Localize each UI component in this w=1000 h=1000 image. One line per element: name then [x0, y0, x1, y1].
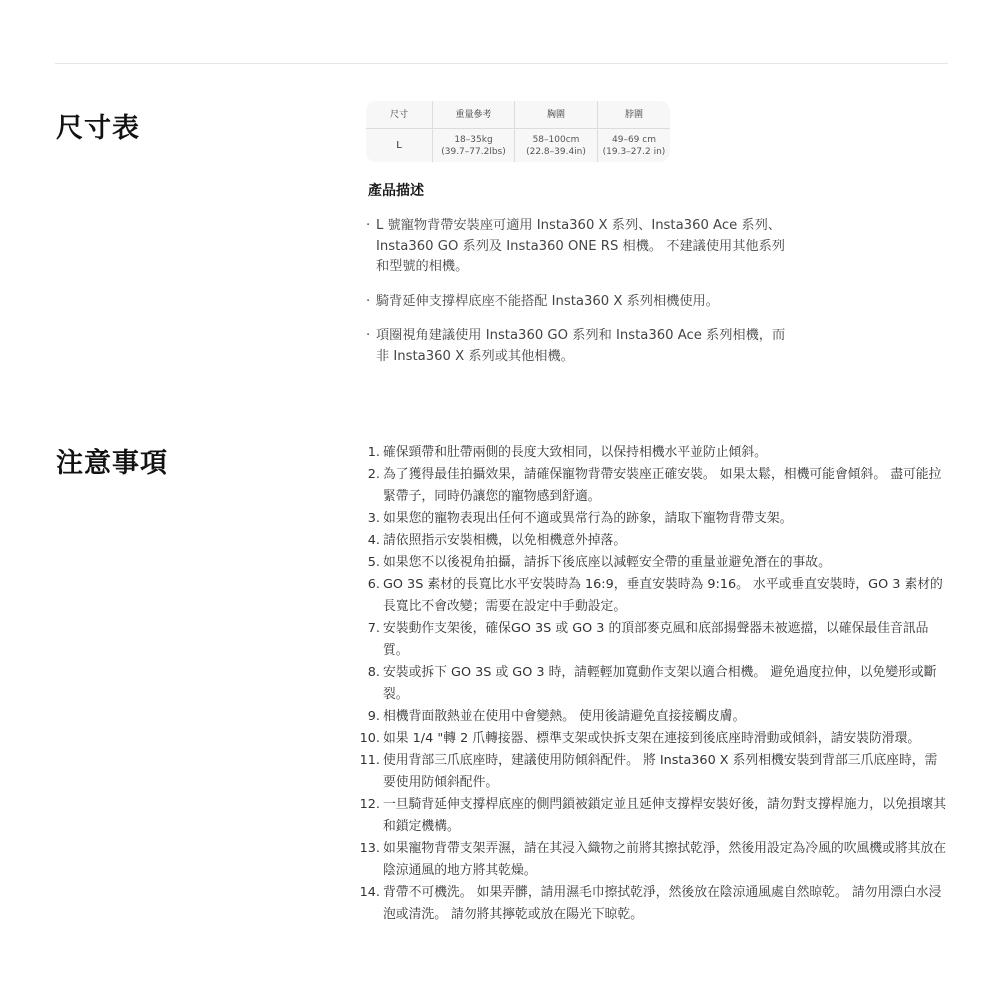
note-number: 12.: [340, 794, 383, 838]
neck-header: 脖圍: [597, 101, 670, 129]
description-title: 產品描述: [368, 180, 424, 200]
note-text: 如果您的寵物表現出任何不適或異常行為的跡象，請取下寵物背帶支架。: [383, 508, 950, 530]
chest-metric: 58–100cm: [533, 134, 580, 146]
note-item: 1.確保頸帶和肚帶兩側的長度大致相同，以保持相機水平並防止傾斜。: [340, 442, 950, 464]
note-item: 7.安裝動作支架後，確保GO 3S 或 GO 3 的頂部麥克風和底部揚聲器未被遮…: [340, 618, 950, 662]
note-text: GO 3S 素材的長寬比水平安裝時為 16:9，垂直安裝時為 9:16。 水平或…: [383, 574, 950, 618]
note-item: 8.安裝或拆下 GO 3S 或 GO 3 時，請輕輕加寬動作支架以適合相機。 避…: [340, 662, 950, 706]
note-item: 14.背帶不可機洗。 如果弄髒，請用濕毛巾擦拭乾淨，然後放在陰涼通風處自然晾乾。…: [340, 882, 950, 926]
note-text: 如果寵物背帶支架弄濕，請在其浸入織物之前將其擦拭乾淨，然後用設定為冷風的吹風機或…: [383, 838, 950, 882]
product-spec-page: 尺寸表 尺寸 重量參考 胸圍 脖圍 L 18–35kg (39.7–77.2lb…: [0, 0, 1000, 1000]
chest-value: 58–100cm (22.8–39.4in): [514, 129, 597, 162]
note-text: 使用背部三爪底座時，建議使用防傾斜配件。 將 Insta360 X 系列相機安裝…: [383, 750, 950, 794]
chest-imperial: (22.8–39.4in): [526, 146, 586, 158]
note-text: 安裝或拆下 GO 3S 或 GO 3 時，請輕輕加寬動作支架以適合相機。 避免過…: [383, 662, 950, 706]
description-text: 騎背延伸支撐桿底座不能搭配 Insta360 X 系列相機使用。: [376, 294, 719, 309]
size-header: 尺寸: [366, 101, 432, 129]
description-list: · L 號寵物背帶安裝座可適用 Insta360 X 系列、Insta360 A…: [366, 216, 786, 381]
note-text: 背帶不可機洗。 如果弄髒，請用濕毛巾擦拭乾淨，然後放在陰涼通風處自然晾乾。 請勿…: [383, 882, 950, 926]
note-item: 11.使用背部三爪底座時，建議使用防傾斜配件。 將 Insta360 X 系列相…: [340, 750, 950, 794]
weight-imperial: (39.7–77.2lbs): [441, 146, 506, 158]
note-text: 如果您不以後視角拍攝，請拆下後底座以減輕安全帶的重量並避免潛在的事故。: [383, 552, 950, 574]
weight-value: 18–35kg (39.7–77.2lbs): [432, 129, 514, 162]
bullet-icon: ·: [366, 326, 370, 347]
note-number: 1.: [340, 442, 383, 464]
notes-list: 1.確保頸帶和肚帶兩側的長度大致相同，以保持相機水平並防止傾斜。 2.為了獲得最…: [340, 442, 950, 926]
size-chart-title: 尺寸表: [56, 106, 140, 145]
note-number: 2.: [340, 464, 383, 508]
top-divider: [55, 63, 948, 64]
note-number: 11.: [340, 750, 383, 794]
note-number: 10.: [340, 728, 383, 750]
neck-imperial: (19.3–27.2 in): [603, 146, 666, 158]
note-item: 6.GO 3S 素材的長寬比水平安裝時為 16:9，垂直安裝時為 9:16。 水…: [340, 574, 950, 618]
description-text: 項圈視角建議使用 Insta360 GO 系列和 Insta360 Ace 系列…: [376, 328, 785, 364]
note-item: 13.如果寵物背帶支架弄濕，請在其浸入織物之前將其擦拭乾淨，然後用設定為冷風的吹…: [340, 838, 950, 882]
description-text: L 號寵物背帶安裝座可適用 Insta360 X 系列、Insta360 Ace…: [376, 218, 785, 274]
note-text: 相機背面散熱並在使用中會變熱。 使用後請避免直接接觸皮膚。: [383, 706, 950, 728]
note-text: 如果 1/4 "轉 2 爪轉接器、標準支架或快拆支架在連接到後底座時滑動或傾斜，…: [383, 728, 950, 750]
note-item: 2.為了獲得最佳拍攝效果，請確保寵物背帶安裝座正確安裝。 如果太鬆，相機可能會傾…: [340, 464, 950, 508]
note-number: 3.: [340, 508, 383, 530]
description-item: · 騎背延伸支撐桿底座不能搭配 Insta360 X 系列相機使用。: [366, 292, 786, 313]
bullet-icon: ·: [366, 292, 370, 313]
note-item: 10.如果 1/4 "轉 2 爪轉接器、標準支架或快拆支架在連接到後底座時滑動或…: [340, 728, 950, 750]
note-item: 5.如果您不以後視角拍攝，請拆下後底座以減輕安全帶的重量並避免潛在的事故。: [340, 552, 950, 574]
chest-header: 胸圍: [514, 101, 597, 129]
weight-header: 重量參考: [432, 101, 514, 129]
description-item: · 項圈視角建議使用 Insta360 GO 系列和 Insta360 Ace …: [366, 326, 786, 367]
note-number: 7.: [340, 618, 383, 662]
note-number: 9.: [340, 706, 383, 728]
weight-metric: 18–35kg: [454, 134, 492, 146]
note-number: 4.: [340, 530, 383, 552]
note-number: 13.: [340, 838, 383, 882]
neck-value: 49–69 cm (19.3–27.2 in): [597, 129, 670, 162]
neck-metric: 49–69 cm: [612, 134, 656, 146]
note-item: 12.一旦騎背延伸支撐桿底座的側閂鎖被鎖定並且延伸支撐桿安裝好後，請勿對支撐桿施…: [340, 794, 950, 838]
description-item: · L 號寵物背帶安裝座可適用 Insta360 X 系列、Insta360 A…: [366, 216, 786, 278]
note-text: 一旦騎背延伸支撐桿底座的側閂鎖被鎖定並且延伸支撐桿安裝好後，請勿對支撐桿施力，以…: [383, 794, 950, 838]
bullet-icon: ·: [366, 216, 370, 237]
note-number: 14.: [340, 882, 383, 926]
note-number: 6.: [340, 574, 383, 618]
note-text: 安裝動作支架後，確保GO 3S 或 GO 3 的頂部麥克風和底部揚聲器未被遮擋，…: [383, 618, 950, 662]
note-text: 確保頸帶和肚帶兩側的長度大致相同，以保持相機水平並防止傾斜。: [383, 442, 950, 464]
size-table: 尺寸 重量參考 胸圍 脖圍 L 18–35kg (39.7–77.2lbs) 5…: [366, 101, 670, 162]
note-number: 8.: [340, 662, 383, 706]
notes-title: 注意事項: [56, 441, 168, 480]
note-number: 5.: [340, 552, 383, 574]
note-item: 9.相機背面散熱並在使用中會變熱。 使用後請避免直接接觸皮膚。: [340, 706, 950, 728]
size-value: L: [366, 129, 432, 162]
note-item: 4.請依照指示安裝相機，以免相機意外掉落。: [340, 530, 950, 552]
note-item: 3.如果您的寵物表現出任何不適或異常行為的跡象，請取下寵物背帶支架。: [340, 508, 950, 530]
note-text: 請依照指示安裝相機，以免相機意外掉落。: [383, 530, 950, 552]
note-text: 為了獲得最佳拍攝效果，請確保寵物背帶安裝座正確安裝。 如果太鬆，相機可能會傾斜。…: [383, 464, 950, 508]
